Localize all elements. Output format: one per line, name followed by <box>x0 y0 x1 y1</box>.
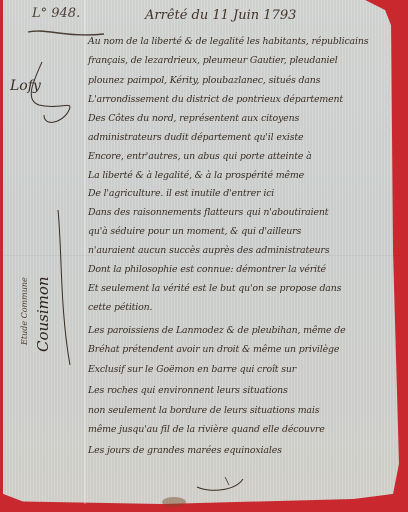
body-line: De l'agriculture. il est inutile d'entre… <box>88 188 274 199</box>
body-line: Dans des raisonnements flatteurs qui n'a… <box>88 207 328 218</box>
body-line: cette pétition. <box>88 302 152 313</box>
paper-fold-vertical <box>84 0 86 504</box>
body-line: Et seulement la vérité est le but qu'on … <box>88 283 341 294</box>
body-line: Dont la philosophie est connue: démontre… <box>88 264 326 275</box>
body-line: non seulement la bordure de leurs situat… <box>88 405 319 416</box>
body-line: qu'à séduire pour un moment, & qui d'ail… <box>88 226 301 237</box>
body-line: Les jours de grandes marées equinoxiales <box>88 445 282 456</box>
body-line: Exclusif sur le Goëmon en barre qui croî… <box>88 364 296 375</box>
document-title: Arrêté du 11 Juin 1793 <box>145 8 296 23</box>
body-line: Bréhat prétendent avoir un droit & même … <box>88 344 339 355</box>
body-line: Des Côtes du nord, représentent aux cito… <box>88 113 299 124</box>
body-line: Au nom de la liberté & de legalité les h… <box>88 36 368 47</box>
body-line: Les roches qui environnent leurs situati… <box>88 385 288 396</box>
body-line: n'auraient aucun succès auprès des admin… <box>88 245 329 256</box>
reference-number: L° 948. <box>32 6 80 21</box>
body-line: Encore, entr'autres, un abus qui porte a… <box>88 151 312 162</box>
body-line: Les paroissiens de Lanmodez & de pleubih… <box>88 325 345 336</box>
body-line: français, de lezardrieux, pleumeur Gauti… <box>88 55 338 66</box>
signature-flourish-icon <box>14 60 74 130</box>
margin-vertical-note: Etude Commune <box>20 277 29 345</box>
paper-stain <box>162 497 186 507</box>
body-line: même jusqu'au fil de la rivière quand el… <box>88 424 325 435</box>
body-line: La liberté & à legalité, & à la prospéri… <box>88 170 304 181</box>
body-line: plounez paimpol, Kérity, ploubazlanec, s… <box>88 75 320 86</box>
margin-bracket-icon <box>50 210 80 370</box>
body-line: administrateurs dudit département qu'il … <box>88 132 303 143</box>
closing-flourish-icon <box>195 475 245 495</box>
body-line: L'arrondissement du district de pontrieu… <box>88 94 343 105</box>
